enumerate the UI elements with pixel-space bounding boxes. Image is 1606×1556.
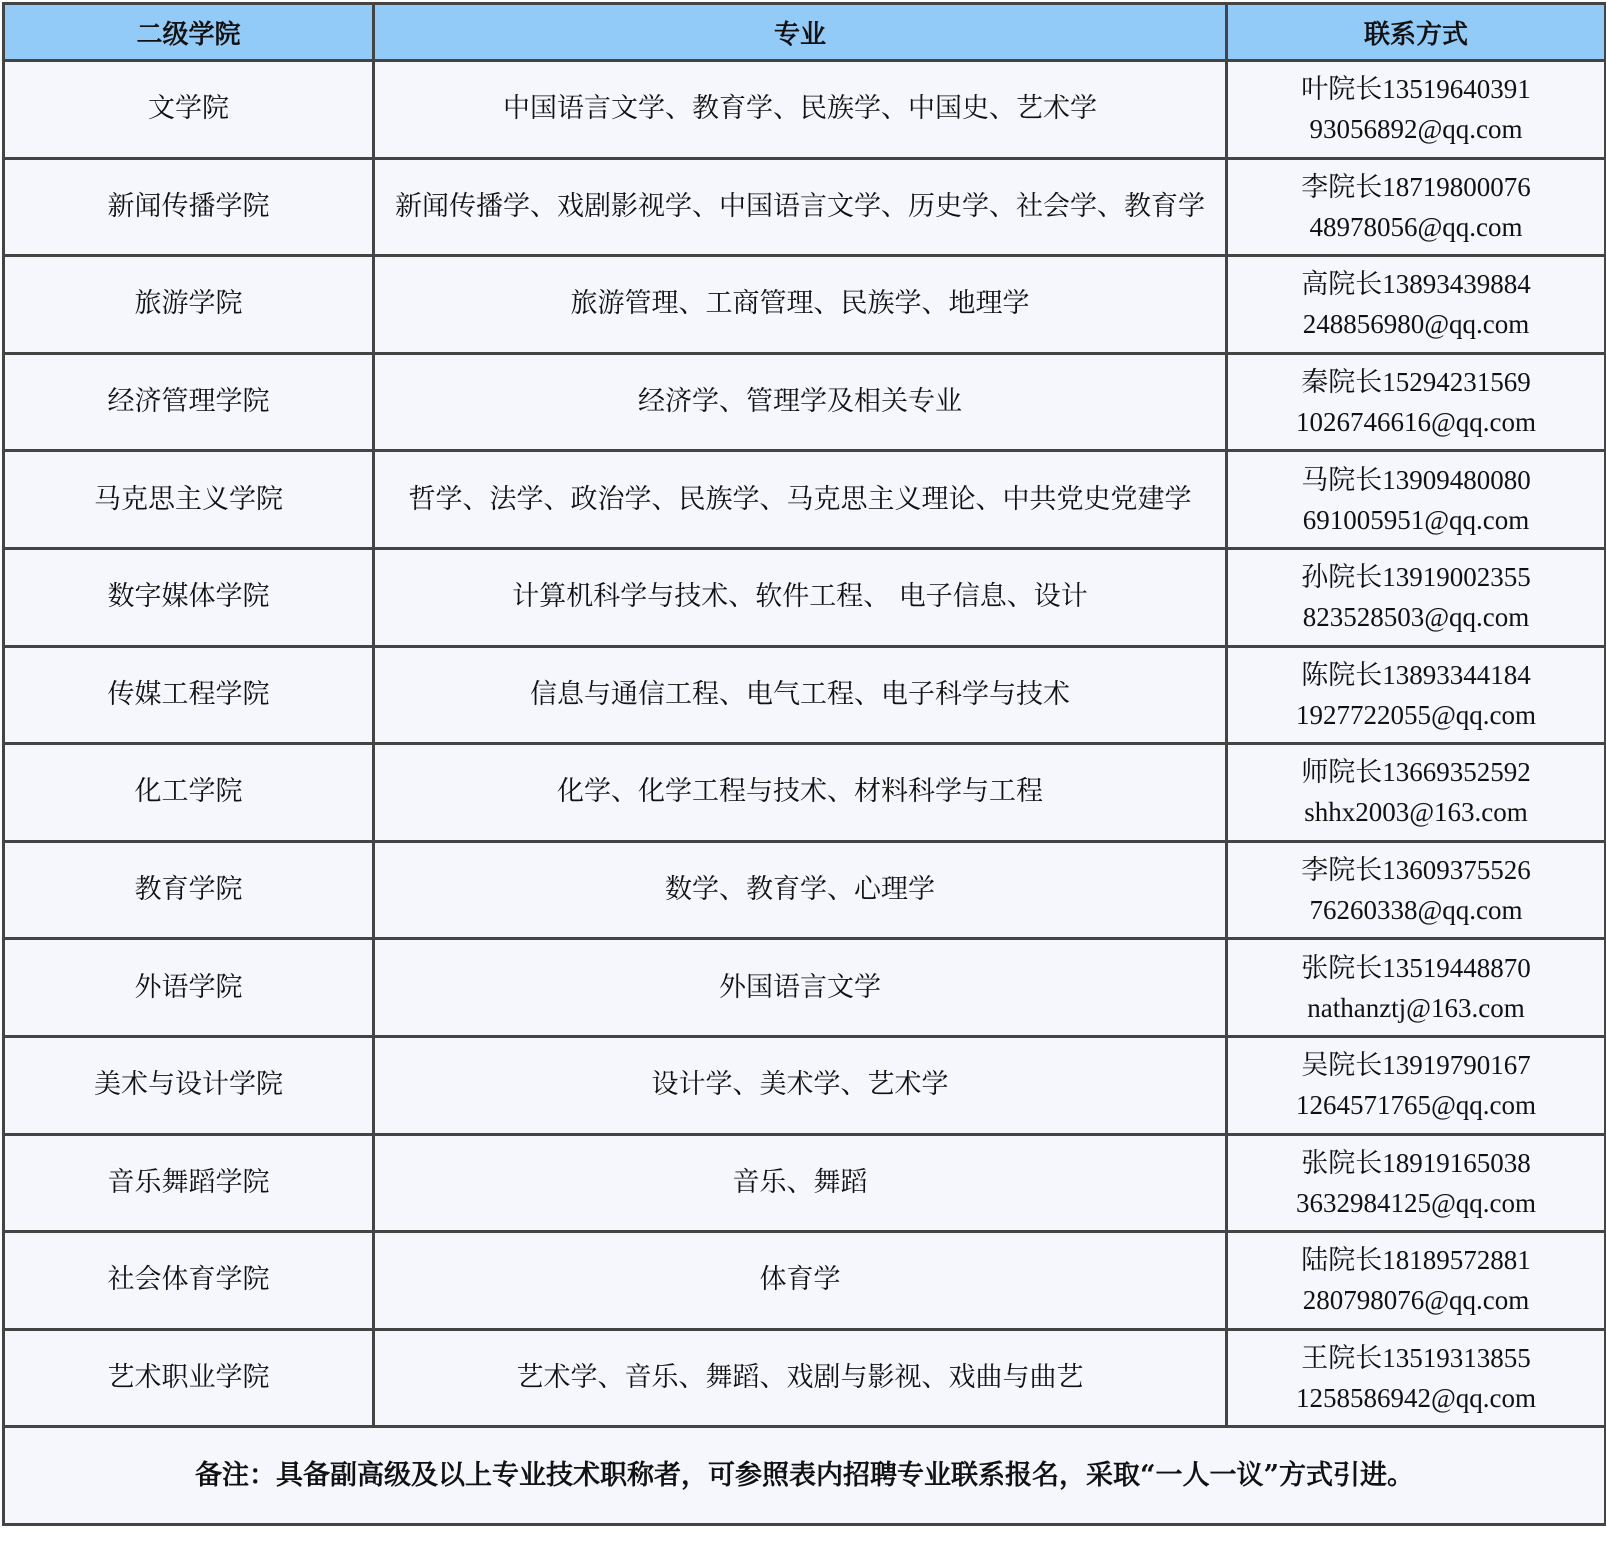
- majors-cell: 经济学、管理学及相关专业: [374, 353, 1227, 451]
- table-note: 备注：具备副高级及以上专业技术职称者，可参照表内招聘专业联系报名，采取“一人一议…: [4, 1427, 1606, 1525]
- table-row: 旅游学院 旅游管理、工商管理、民族学、地理学 高院长13893439884 24…: [4, 256, 1606, 354]
- college-cell: 经济管理学院: [4, 353, 374, 451]
- contact-email: 248856980@qq.com: [1234, 304, 1598, 344]
- college-cell: 文学院: [4, 61, 374, 159]
- college-cell: 美术与设计学院: [4, 1036, 374, 1134]
- college-cell: 外语学院: [4, 939, 374, 1037]
- contact-email: 1026746616@qq.com: [1234, 402, 1598, 442]
- contact-cell: 高院长13893439884 248856980@qq.com: [1227, 256, 1606, 354]
- table-row: 经济管理学院 经济学、管理学及相关专业 秦院长15294231569 10267…: [4, 353, 1606, 451]
- contact-cell: 张院长13519448870 nathanztj@163.com: [1227, 939, 1606, 1037]
- recruitment-table: 二级学院 专业 联系方式 文学院 中国语言文学、教育学、民族学、中国史、艺术学 …: [2, 2, 1606, 1526]
- majors-cell: 化学、化学工程与技术、材料科学与工程: [374, 744, 1227, 842]
- table-row: 艺术职业学院 艺术学、音乐、舞蹈、戏剧与影视、戏曲与曲艺 王院长13519313…: [4, 1329, 1606, 1427]
- contact-name-phone: 陈院长13893344184: [1234, 655, 1598, 695]
- majors-cell: 体育学: [374, 1232, 1227, 1330]
- majors-cell: 外国语言文学: [374, 939, 1227, 1037]
- contact-name-phone: 叶院长13519640391: [1234, 69, 1598, 109]
- contact-cell: 王院长13519313855 1258586942@qq.com: [1227, 1329, 1606, 1427]
- table-row: 外语学院 外国语言文学 张院长13519448870 nathanztj@163…: [4, 939, 1606, 1037]
- contact-name-phone: 张院长13519448870: [1234, 948, 1598, 988]
- contact-cell: 张院长18919165038 3632984125@qq.com: [1227, 1134, 1606, 1232]
- table-note-row: 备注：具备副高级及以上专业技术职称者，可参照表内招聘专业联系报名，采取“一人一议…: [4, 1427, 1606, 1525]
- contact-name-phone: 李院长13609375526: [1234, 850, 1598, 890]
- contact-email: 3632984125@qq.com: [1234, 1183, 1598, 1223]
- contact-email: 93056892@qq.com: [1234, 109, 1598, 149]
- table-row: 传媒工程学院 信息与通信工程、电气工程、电子科学与技术 陈院长138933441…: [4, 646, 1606, 744]
- contact-cell: 陈院长13893344184 1927722055@qq.com: [1227, 646, 1606, 744]
- contact-email: nathanztj@163.com: [1234, 988, 1598, 1028]
- majors-cell: 数学、教育学、心理学: [374, 841, 1227, 939]
- contact-cell: 孙院长13919002355 823528503@qq.com: [1227, 548, 1606, 646]
- college-cell: 新闻传播学院: [4, 158, 374, 256]
- contact-name-phone: 师院长13669352592: [1234, 752, 1598, 792]
- table-row: 社会体育学院 体育学 陆院长18189572881 280798076@qq.c…: [4, 1232, 1606, 1330]
- college-cell: 艺术职业学院: [4, 1329, 374, 1427]
- table-row: 新闻传播学院 新闻传播学、戏剧影视学、中国语言文学、历史学、社会学、教育学 李院…: [4, 158, 1606, 256]
- college-cell: 旅游学院: [4, 256, 374, 354]
- contact-cell: 陆院长18189572881 280798076@qq.com: [1227, 1232, 1606, 1330]
- contact-name-phone: 李院长18719800076: [1234, 167, 1598, 207]
- contact-cell: 秦院长15294231569 1026746616@qq.com: [1227, 353, 1606, 451]
- majors-cell: 中国语言文学、教育学、民族学、中国史、艺术学: [374, 61, 1227, 159]
- contact-cell: 李院长18719800076 48978056@qq.com: [1227, 158, 1606, 256]
- table-row: 马克思主义学院 哲学、法学、政治学、民族学、马克思主义理论、中共党史党建学 马院…: [4, 451, 1606, 549]
- contact-email: shhx2003@163.com: [1234, 792, 1598, 832]
- contact-cell: 李院长13609375526 76260338@qq.com: [1227, 841, 1606, 939]
- contact-name-phone: 马院长13909480080: [1234, 460, 1598, 500]
- college-cell: 教育学院: [4, 841, 374, 939]
- column-header-contact: 联系方式: [1227, 4, 1606, 61]
- majors-cell: 新闻传播学、戏剧影视学、中国语言文学、历史学、社会学、教育学: [374, 158, 1227, 256]
- recruitment-table-container: 二级学院 专业 联系方式 文学院 中国语言文学、教育学、民族学、中国史、艺术学 …: [2, 2, 1604, 1526]
- table-row: 化工学院 化学、化学工程与技术、材料科学与工程 师院长13669352592 s…: [4, 744, 1606, 842]
- contact-name-phone: 王院长13519313855: [1234, 1338, 1598, 1378]
- contact-email: 1258586942@qq.com: [1234, 1378, 1598, 1418]
- contact-email: 1927722055@qq.com: [1234, 695, 1598, 735]
- contact-cell: 叶院长13519640391 93056892@qq.com: [1227, 61, 1606, 159]
- majors-cell: 旅游管理、工商管理、民族学、地理学: [374, 256, 1227, 354]
- majors-cell: 信息与通信工程、电气工程、电子科学与技术: [374, 646, 1227, 744]
- college-cell: 社会体育学院: [4, 1232, 374, 1330]
- table-row: 教育学院 数学、教育学、心理学 李院长13609375526 76260338@…: [4, 841, 1606, 939]
- column-header-college: 二级学院: [4, 4, 374, 61]
- college-cell: 化工学院: [4, 744, 374, 842]
- contact-email: 48978056@qq.com: [1234, 207, 1598, 247]
- table-row: 数字媒体学院 计算机科学与技术、软件工程、 电子信息、设计 孙院长1391900…: [4, 548, 1606, 646]
- majors-cell: 哲学、法学、政治学、民族学、马克思主义理论、中共党史党建学: [374, 451, 1227, 549]
- majors-cell: 计算机科学与技术、软件工程、 电子信息、设计: [374, 548, 1227, 646]
- college-cell: 数字媒体学院: [4, 548, 374, 646]
- contact-name-phone: 高院长13893439884: [1234, 264, 1598, 304]
- contact-email: 691005951@qq.com: [1234, 500, 1598, 540]
- table-header-row: 二级学院 专业 联系方式: [4, 4, 1606, 61]
- majors-cell: 设计学、美术学、艺术学: [374, 1036, 1227, 1134]
- college-cell: 马克思主义学院: [4, 451, 374, 549]
- contact-name-phone: 陆院长18189572881: [1234, 1240, 1598, 1280]
- table-row: 文学院 中国语言文学、教育学、民族学、中国史、艺术学 叶院长1351964039…: [4, 61, 1606, 159]
- contact-name-phone: 秦院长15294231569: [1234, 362, 1598, 402]
- majors-cell: 音乐、舞蹈: [374, 1134, 1227, 1232]
- contact-email: 823528503@qq.com: [1234, 597, 1598, 637]
- contact-email: 280798076@qq.com: [1234, 1280, 1598, 1320]
- contact-cell: 马院长13909480080 691005951@qq.com: [1227, 451, 1606, 549]
- college-cell: 传媒工程学院: [4, 646, 374, 744]
- table-row: 美术与设计学院 设计学、美术学、艺术学 吴院长13919790167 12645…: [4, 1036, 1606, 1134]
- college-cell: 音乐舞蹈学院: [4, 1134, 374, 1232]
- contact-email: 76260338@qq.com: [1234, 890, 1598, 930]
- column-header-majors: 专业: [374, 4, 1227, 61]
- contact-name-phone: 孙院长13919002355: [1234, 557, 1598, 597]
- table-row: 音乐舞蹈学院 音乐、舞蹈 张院长18919165038 3632984125@q…: [4, 1134, 1606, 1232]
- contact-name-phone: 吴院长13919790167: [1234, 1045, 1598, 1085]
- contact-email: 1264571765@qq.com: [1234, 1085, 1598, 1125]
- contact-cell: 吴院长13919790167 1264571765@qq.com: [1227, 1036, 1606, 1134]
- majors-cell: 艺术学、音乐、舞蹈、戏剧与影视、戏曲与曲艺: [374, 1329, 1227, 1427]
- contact-cell: 师院长13669352592 shhx2003@163.com: [1227, 744, 1606, 842]
- contact-name-phone: 张院长18919165038: [1234, 1143, 1598, 1183]
